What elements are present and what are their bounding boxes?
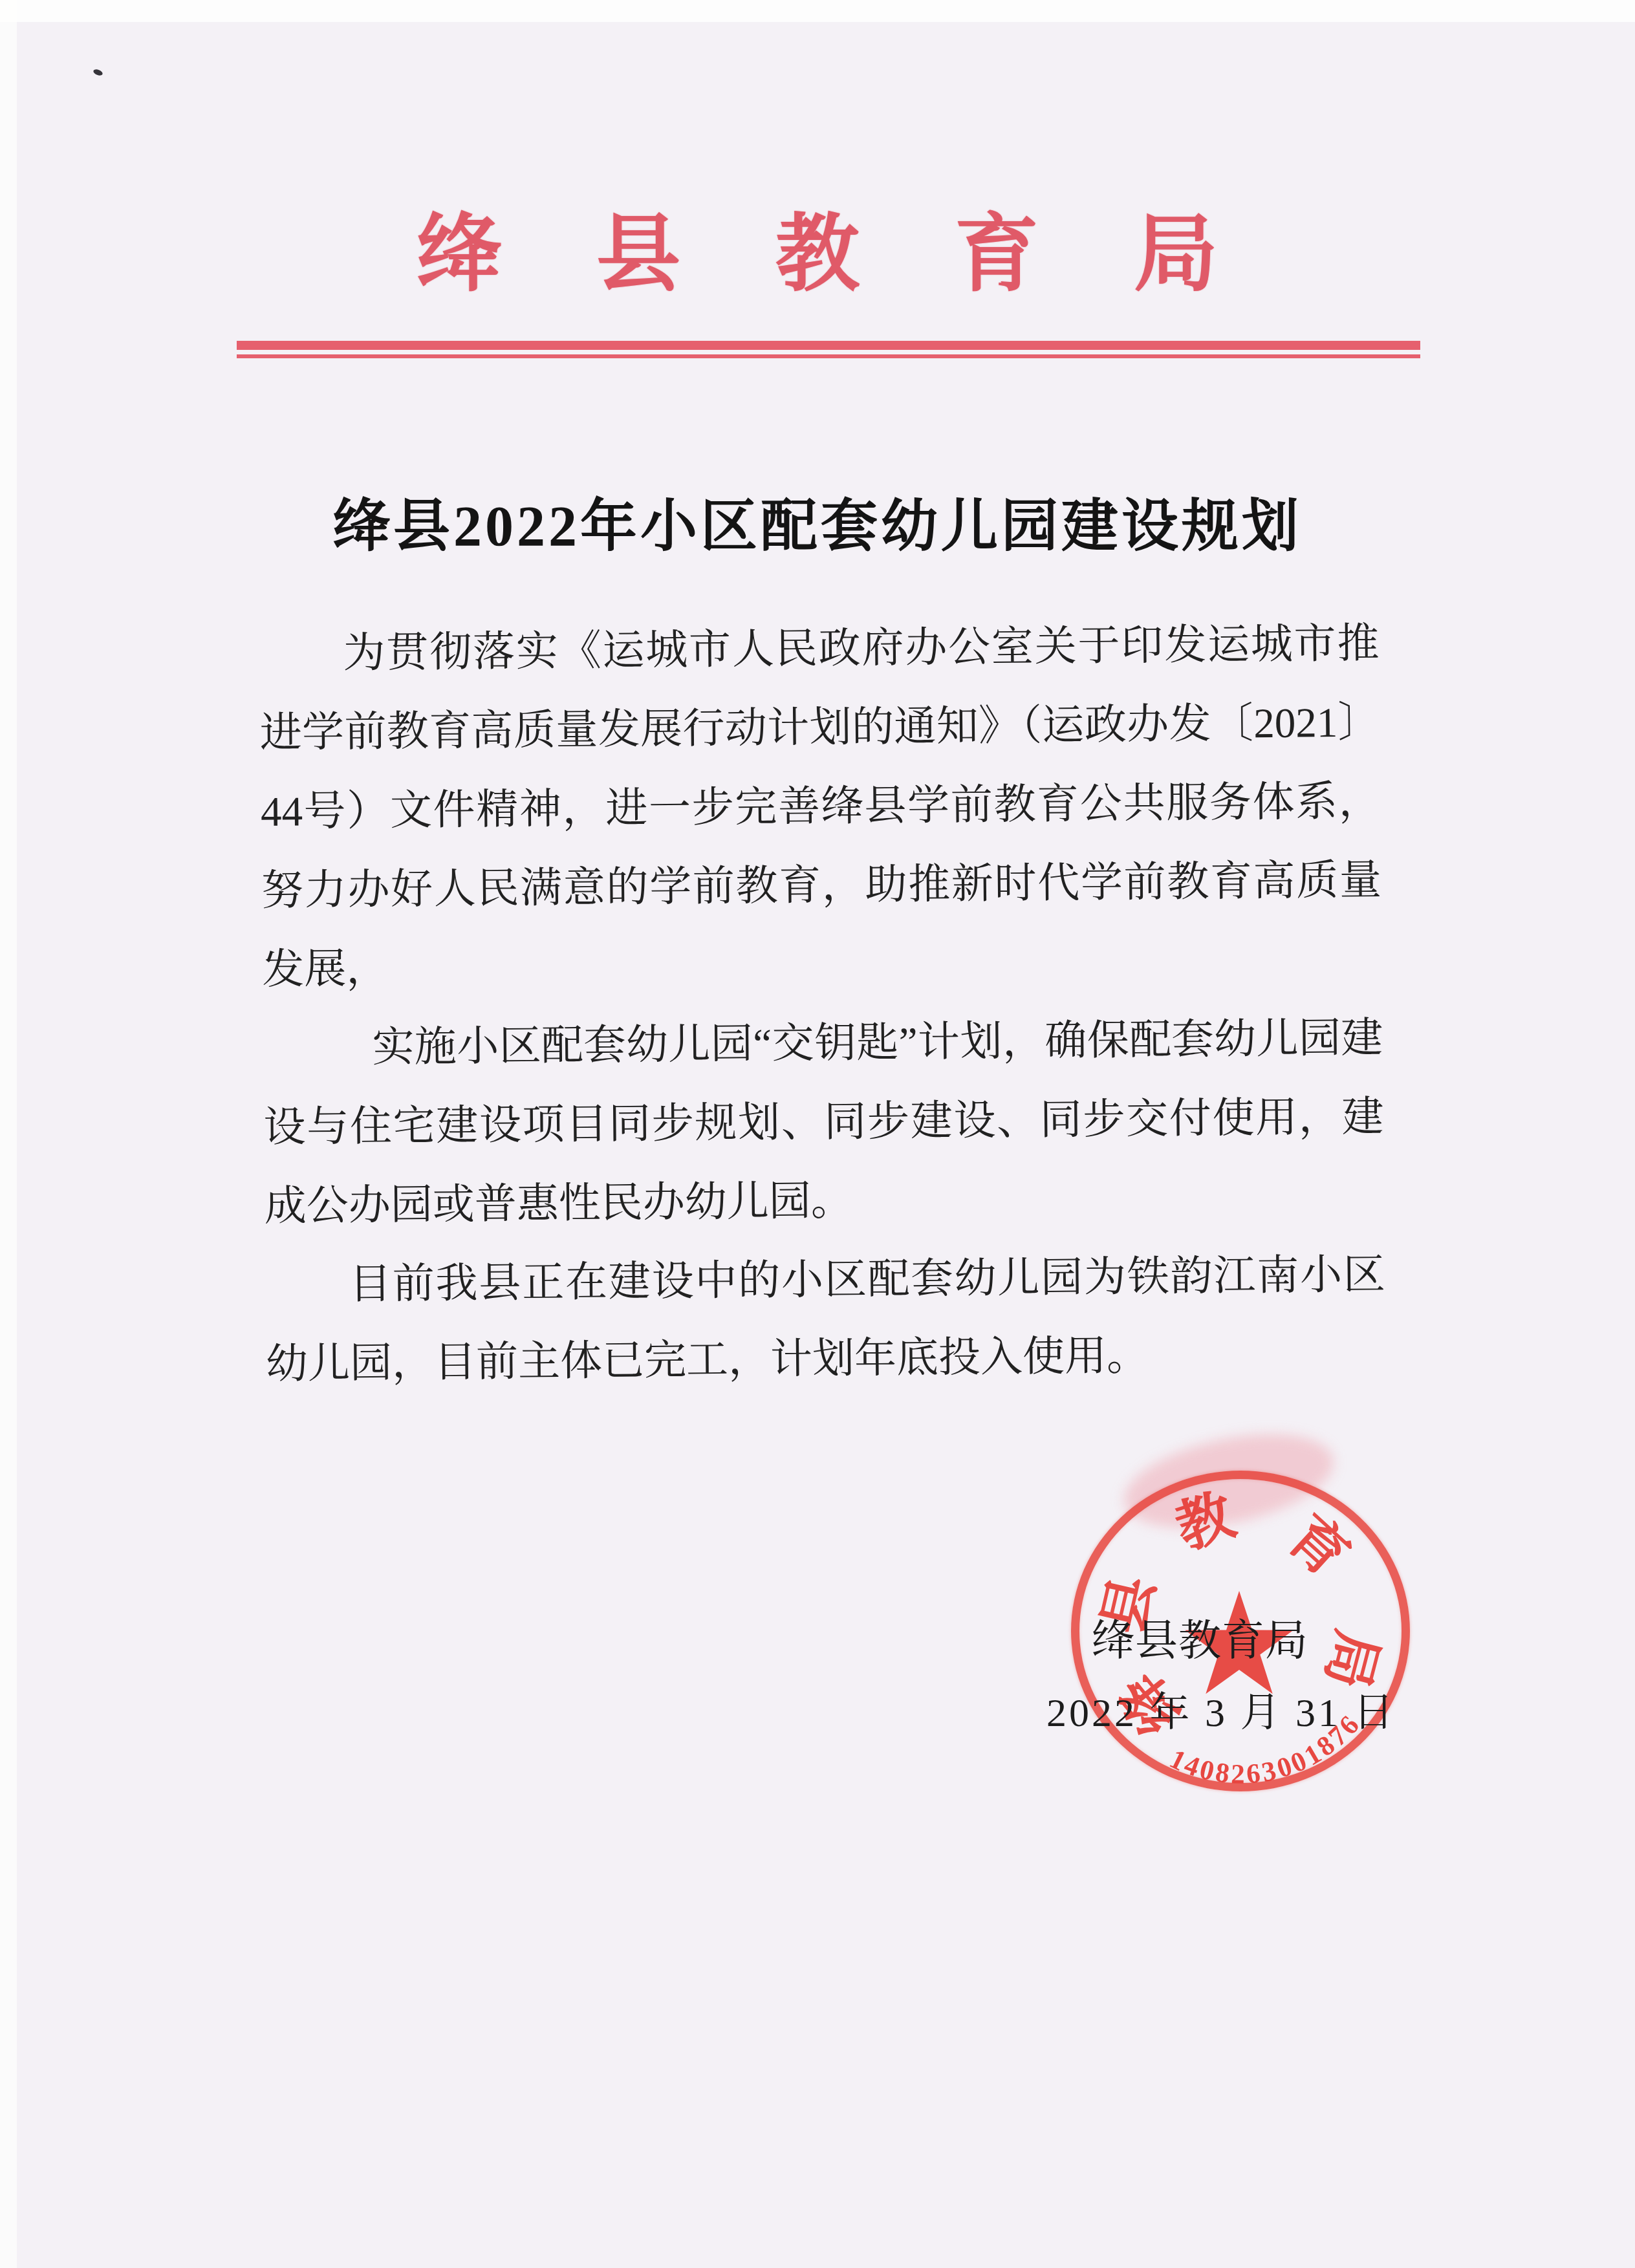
scan-edge-top [0, 0, 1635, 22]
paragraph: 实施小区配套幼儿园“交钥匙”计划，确保配套幼儿园建设与住宅建设项目同步规划、同步… [263, 999, 1385, 1246]
letterhead-rule-thick [237, 341, 1420, 350]
seal-serial-digit: 2 [1231, 1760, 1245, 1788]
letterhead-agency-name: 绛县教育局 [0, 212, 1635, 297]
document-title: 绛县2022年小区配套幼儿园建设规划 [0, 497, 1635, 557]
signature-date: 2022 年 3 月 31 日 [1046, 1689, 1396, 1737]
document-body: 为贯彻落实《运城市人民政府办公室关于印发运城市推进学前教育高质量发展行动计划的通… [259, 604, 1387, 1404]
seal-serial-digit: 6 [1246, 1760, 1262, 1789]
ink-speck [92, 68, 103, 76]
scan-edge-left [0, 0, 17, 2268]
scanned-document-page: 绛县教育局 绛县2022年小区配套幼儿园建设规划 为贯彻落实《运城市人民政府办公… [0, 0, 1635, 2268]
paragraph: 为贯彻落实《运城市人民政府办公室关于印发运城市推进学前教育高质量发展行动计划的通… [259, 604, 1383, 1010]
letterhead-rule-thin [237, 354, 1420, 358]
signature-agency-name: 绛县教育局 [1092, 1615, 1308, 1667]
paragraph: 目前我县正在建设中的小区配套幼儿园为铁韵江南小区幼儿园，目前主体已完工，计划年底… [265, 1235, 1386, 1404]
